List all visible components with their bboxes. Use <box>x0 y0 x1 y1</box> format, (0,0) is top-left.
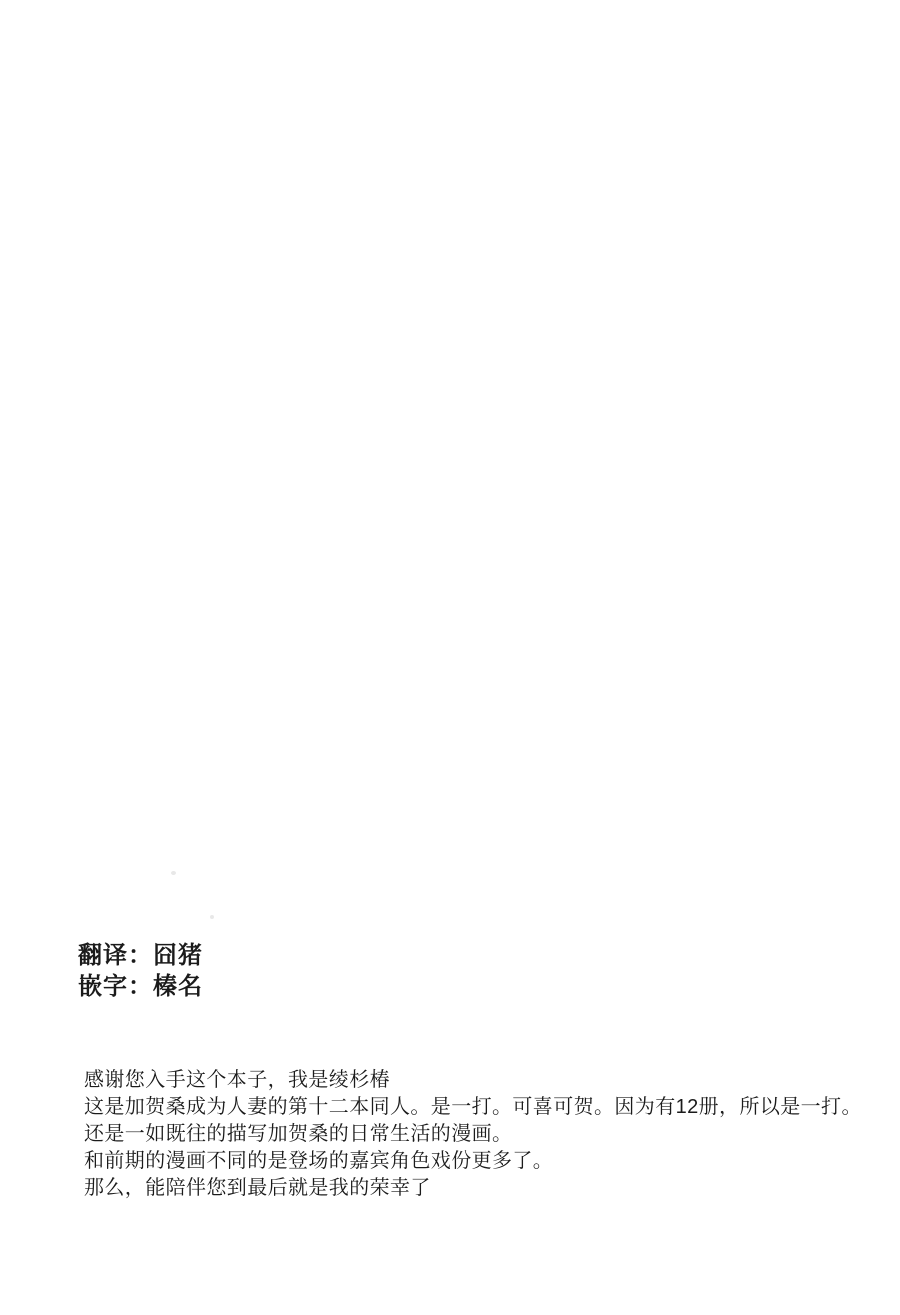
afterword-line-volume-note: 这是加贺桑成为人妻的第十二本同人。是一打。可喜可贺。因为有12册，所以是一打。 <box>84 1094 862 1121</box>
afterword-line-closing: 那么，能陪伴您到最后就是我的荣幸了 <box>84 1175 862 1202</box>
dust-speck <box>171 871 176 875</box>
scanned-page: 翻译：囧猪 嵌字：榛名 感谢您入手这个本子，我是绫杉椿 这是加贺桑成为人妻的第十… <box>0 0 900 1315</box>
afterword-paragraph: 感谢您入手这个本子，我是绫杉椿 这是加贺桑成为人妻的第十二本同人。是一打。可喜可… <box>84 1067 862 1202</box>
credit-line-typesetter: 嵌字：榛名 <box>78 971 203 1002</box>
credits-block: 翻译：囧猪 嵌字：榛名 <box>78 940 203 1002</box>
credit-line-translator: 翻译：囧猪 <box>78 940 203 971</box>
afterword-line-greeting: 感谢您入手这个本子，我是绫杉椿 <box>84 1067 862 1094</box>
afterword-line-content-note: 还是一如既往的描写加贺桑的日常生活的漫画。 <box>84 1121 862 1148</box>
dust-speck <box>210 915 214 919</box>
afterword-line-difference-note: 和前期的漫画不同的是登场的嘉宾角色戏份更多了。 <box>84 1148 862 1175</box>
